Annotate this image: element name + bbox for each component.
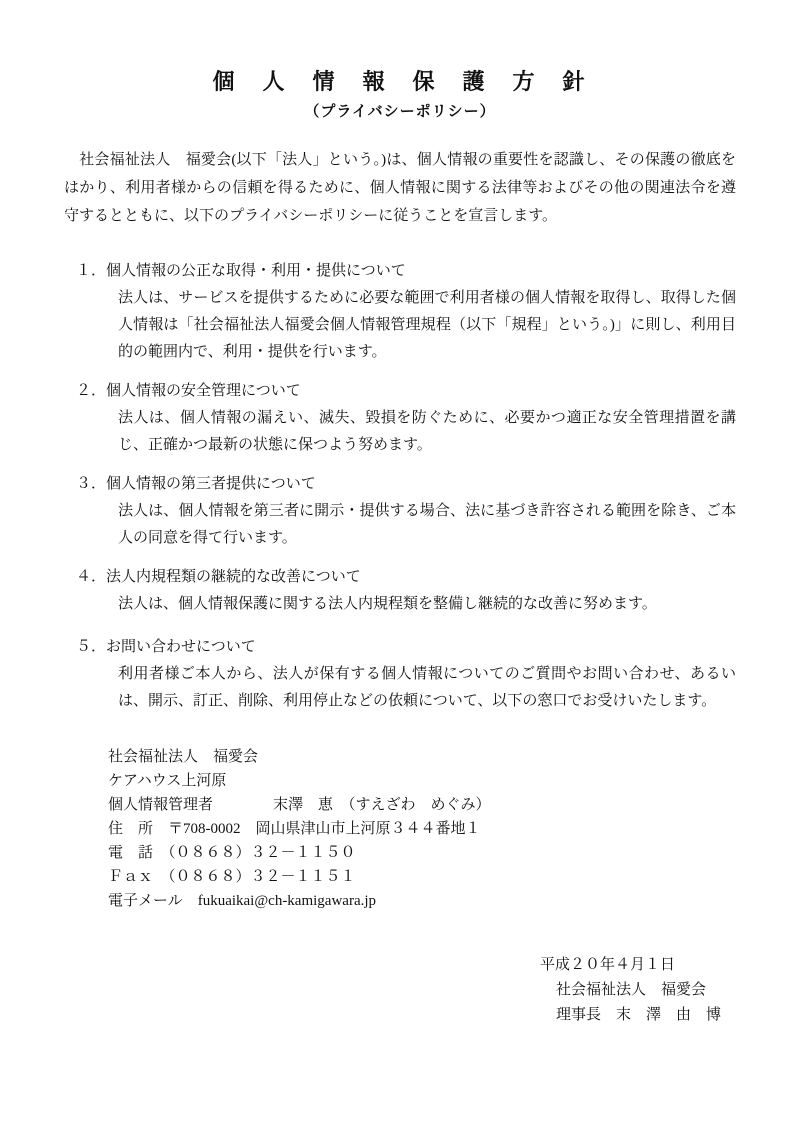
section-body: 法人は、個人情報の漏えい、滅失、毀損を防ぐために、必要かつ適正な安全管理措置を講… xyxy=(118,405,736,459)
date-line: 平成２０年４月１日 xyxy=(540,953,736,978)
signature-signer-line: 理事長 末 澤 由 博 xyxy=(540,1003,736,1028)
section-heading: １．個人情報の公正な取得・利用・提供について xyxy=(64,258,736,285)
contact-address-line: 住 所 〒708-0002 岡山県津山市上河原３４４番地１ xyxy=(108,817,736,841)
contact-org-line: 社会福祉法人 福愛会 xyxy=(108,745,736,769)
section-heading: ５．お問い合わせについて xyxy=(64,634,736,661)
section-body: 法人は、個人情報を第三者に開示・提供する場合、法に基づき許容される範囲を除き、ご… xyxy=(118,498,736,552)
contact-email-line: 電子メール fukuaikai@ch-kamigawara.jp xyxy=(108,889,736,913)
policy-section-3: ３．個人情報の第三者提供について 法人は、個人情報を第三者に開示・提供する場合、… xyxy=(64,471,736,552)
contact-phone-line: 電 話 （０８６８）３２－１１５０ xyxy=(108,841,736,865)
contact-block: 社会福祉法人 福愛会 ケアハウス上河原 個人情報管理者 末澤 恵 （すえざわ め… xyxy=(108,745,736,913)
policy-section-2: ２．個人情報の安全管理について 法人は、個人情報の漏えい、滅失、毀損を防ぐために… xyxy=(64,378,736,459)
policy-sections: １．個人情報の公正な取得・利用・提供について 法人は、サービスを提供するために必… xyxy=(64,258,736,715)
section-body: 利用者様ご本人から、法人が保有する個人情報についてのご質問やお問い合わせ、あるい… xyxy=(118,661,736,715)
section-heading: ３．個人情報の第三者提供について xyxy=(64,471,736,498)
section-body: 法人は、サービスを提供するために必要な範囲で利用者様の個人情報を取得し、取得した… xyxy=(118,285,736,366)
contact-facility-line: ケアハウス上河原 xyxy=(108,769,736,793)
policy-section-5: ５．お問い合わせについて 利用者様ご本人から、法人が保有する個人情報についてのご… xyxy=(64,634,736,715)
section-heading: ２．個人情報の安全管理について xyxy=(64,378,736,405)
policy-section-4: ４．法人内規程類の継続的な改善について 法人は、個人情報保護に関する法人内規程類… xyxy=(64,564,736,618)
signature-org-line: 社会福祉法人 福愛会 xyxy=(540,978,736,1003)
document-page: 個 人 情 報 保 護 方 針 （プライバシーポリシー） 社会福祉法人 福愛会(… xyxy=(0,0,794,1123)
contact-fax-line: Ｆａｘ （０８６８）３２－１１５１ xyxy=(108,865,736,889)
signature-block: 平成２０年４月１日 社会福祉法人 福愛会 理事長 末 澤 由 博 xyxy=(540,953,736,1028)
document-subtitle: （プライバシーポリシー） xyxy=(64,102,736,122)
document-title: 個 人 情 報 保 護 方 針 xyxy=(64,68,736,96)
intro-paragraph: 社会福祉法人 福愛会(以下「法人」という。)は、個人情報の重要性を認識し、その保… xyxy=(64,146,736,230)
section-heading: ４．法人内規程類の継続的な改善について xyxy=(64,564,736,591)
section-body: 法人は、個人情報保護に関する法人内規程類を整備し継続的な改善に努めます。 xyxy=(118,591,736,618)
contact-manager-line: 個人情報管理者 末澤 恵 （すえざわ めぐみ） xyxy=(108,793,736,817)
policy-section-1: １．個人情報の公正な取得・利用・提供について 法人は、サービスを提供するために必… xyxy=(64,258,736,366)
